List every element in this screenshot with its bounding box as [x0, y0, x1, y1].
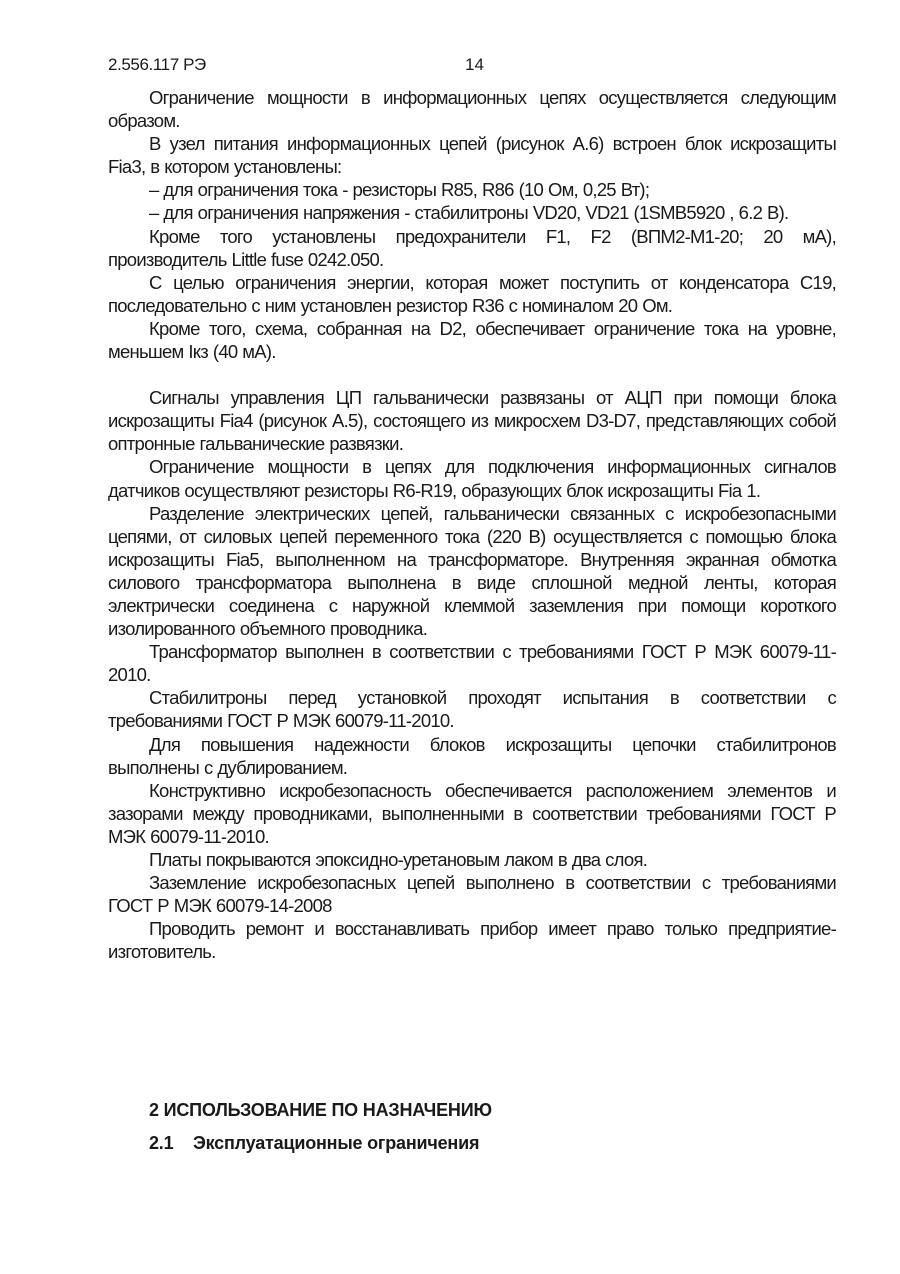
page-header: 2.556.117 РЭ 14 [108, 55, 836, 77]
subsection-number: 2.1 [149, 1131, 193, 1155]
section-headings: 2 ИСПОЛЬЗОВАНИЕ ПО НАЗНАЧЕНИЮ 2.1Эксплуа… [149, 1098, 492, 1155]
paragraph: Сигналы управления ЦП гальванически разв… [108, 386, 836, 455]
paragraph: Разделение электрических цепей, гальвани… [108, 502, 836, 641]
document-page: 2.556.117 РЭ 14 Ограничение мощности в и… [0, 0, 900, 1274]
list-item: – для ограничения напряжения - стабилитр… [108, 201, 836, 224]
list-item: – для ограничения тока - резисторы R85, … [108, 178, 836, 201]
paragraph: Проводить ремонт и восстанавливать прибо… [108, 917, 836, 963]
paragraph: Стабилитроны перед установкой проходят и… [108, 686, 836, 732]
paragraph: Ограничение мощности в информационных це… [108, 86, 836, 132]
paragraph: Заземление искробезопасных цепей выполне… [108, 871, 836, 917]
paragraph: С целью ограничения энергии, которая мож… [108, 271, 836, 317]
paragraph: Трансформатор выполнен в соответствии с … [108, 640, 836, 686]
paragraph-gap [108, 363, 836, 386]
document-code: 2.556.117 РЭ [108, 55, 206, 75]
paragraph: В узел питания информационных цепей (рис… [108, 132, 836, 178]
paragraph: Кроме того, схема, собранная на D2, обес… [108, 317, 836, 363]
paragraph: Ограничение мощности в цепях для подключ… [108, 455, 836, 501]
body-text: Ограничение мощности в информационных це… [108, 86, 836, 963]
subsection-title: Эксплуатационные ограничения [193, 1133, 479, 1153]
section-heading: 2 ИСПОЛЬЗОВАНИЕ ПО НАЗНАЧЕНИЮ [149, 1098, 492, 1122]
paragraph: Конструктивно искробезопасность обеспечи… [108, 779, 836, 848]
paragraph: Платы покрываются эпоксидно-уретановым л… [108, 848, 836, 871]
page-number: 14 [465, 55, 484, 75]
paragraph: Для повышения надежности блоков искрозащ… [108, 733, 836, 779]
paragraph: Кроме того установлены предохранители F1… [108, 225, 836, 271]
subsection-heading: 2.1Эксплуатационные ограничения [149, 1131, 492, 1155]
